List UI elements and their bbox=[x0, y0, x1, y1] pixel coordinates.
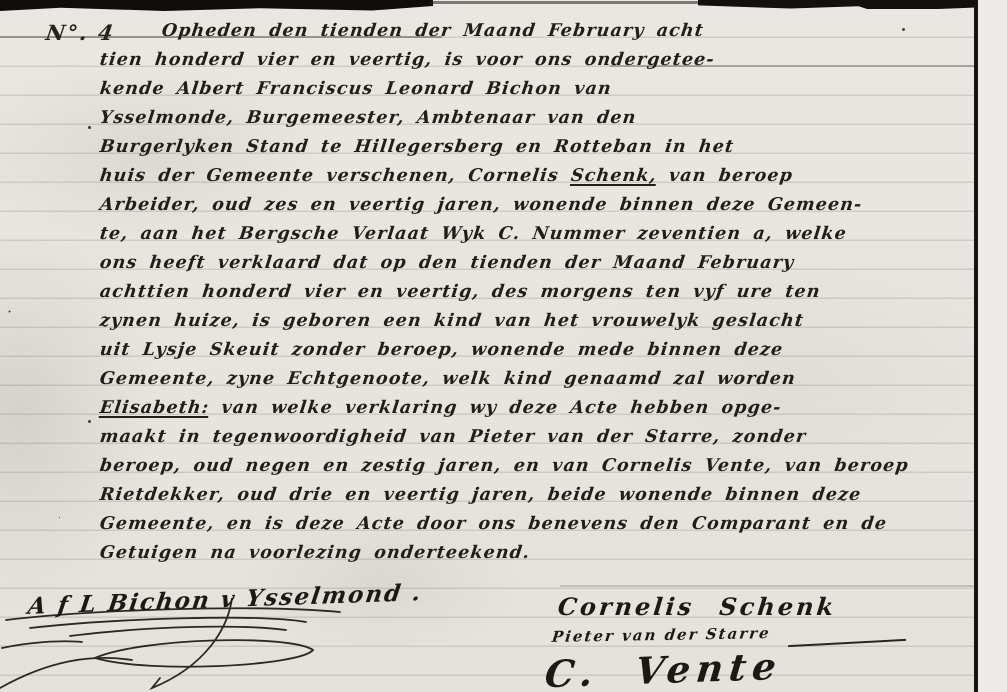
act-line: Burgerlyken Stand te Hillegersberg en Ro… bbox=[98, 133, 956, 162]
scan-edge-top-right bbox=[698, 0, 1007, 9]
act-line: Arbeider, oud zes en veertig jaren, wone… bbox=[98, 191, 956, 220]
act-line: Gemeente, en is deze Acte door ons benev… bbox=[98, 510, 956, 539]
act-line: Opheden den tienden der Maand February a… bbox=[98, 17, 956, 46]
act-line: Rietdekker, oud drie en veertig jaren, b… bbox=[98, 481, 956, 510]
act-line: maakt in tegenwoordigheid van Pieter van… bbox=[98, 423, 956, 452]
underlined-word: Schenk, bbox=[570, 166, 658, 186]
signature-witness-1-tail-stroke bbox=[788, 639, 906, 647]
scan-edge-top-left bbox=[0, 0, 433, 11]
ruled-line-segment bbox=[560, 585, 980, 587]
signature-witness-1: Pieter van der Starre bbox=[551, 624, 772, 646]
scan-margin-right bbox=[978, 0, 1007, 692]
act-text: Opheden den tienden der Maand February a… bbox=[98, 17, 952, 568]
signature-witness-2: C. Vente bbox=[543, 644, 784, 692]
signature-flourish-strokes bbox=[0, 598, 365, 692]
act-line: huis der Gemeente verschenen, Cornelis S… bbox=[98, 162, 956, 191]
signature-declarant: Cornelis Schenk bbox=[556, 592, 837, 621]
act-line: te, aan het Bergsche Verlaat Wyk C. Numm… bbox=[98, 220, 956, 249]
act-line: zynen huize, is geboren een kind van het… bbox=[98, 307, 956, 336]
act-line: Getuigen na voorlezing onderteekend. bbox=[98, 539, 956, 568]
act-line: kende Albert Franciscus Leonard Bichon v… bbox=[98, 75, 956, 104]
act-line: Ysselmonde, Burgemeester, Ambtenaar van … bbox=[98, 104, 956, 133]
document-page: N°. 4 Opheden den tienden der Maand Febr… bbox=[0, 0, 1007, 692]
act-line: uit Lysje Skeuit zonder beroep, wonende … bbox=[98, 336, 956, 365]
scan-edge-right-line bbox=[974, 0, 978, 692]
act-line: beroep, oud negen en zestig jaren, en va… bbox=[98, 452, 956, 481]
act-line: achttien honderd vier en veertig, des mo… bbox=[98, 278, 956, 307]
underlined-word: Elisabeth: bbox=[99, 398, 211, 418]
act-line: tien honderd vier en veertig, is voor on… bbox=[98, 46, 956, 75]
act-line: Elisabeth: van welke verklaring wy deze … bbox=[98, 394, 956, 423]
act-line: Gemeente, zyne Echtgenoote, welk kind ge… bbox=[98, 365, 956, 394]
scan-edge-top-middle bbox=[430, 1, 702, 4]
ink-specks bbox=[0, 0, 3, 3]
act-line: ons heeft verklaard dat op den tienden d… bbox=[98, 249, 956, 278]
